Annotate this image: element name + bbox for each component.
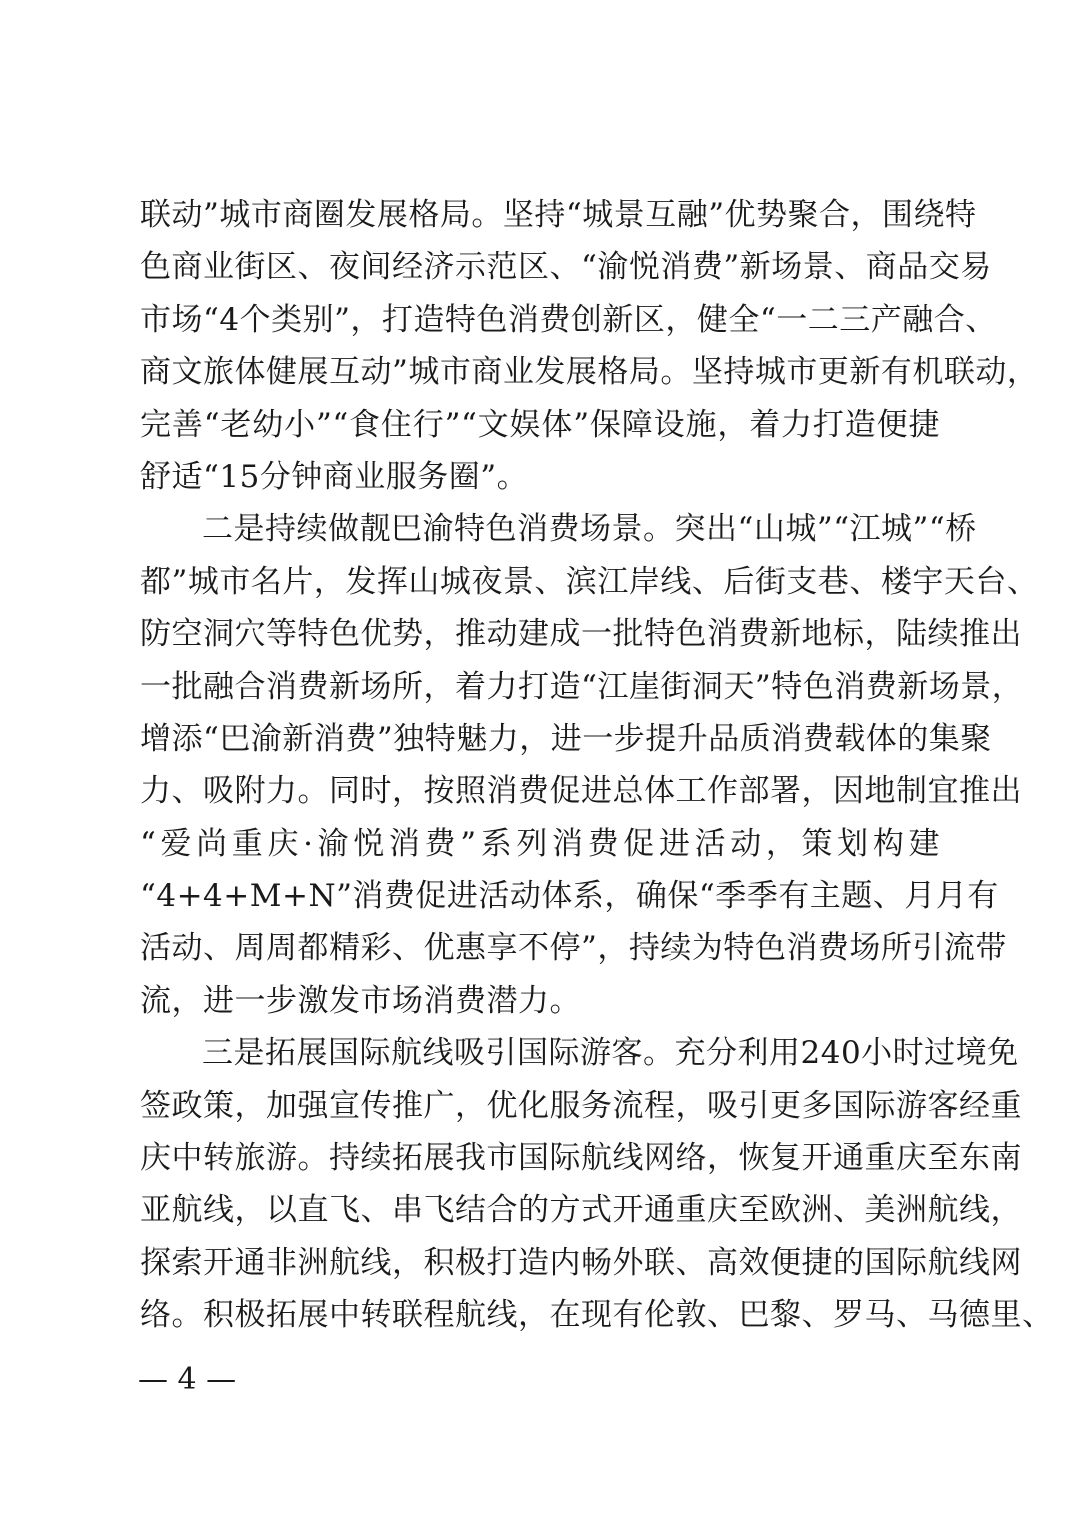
text-line: 力、吸附力。同时，按照消费促进总体工作部署，因地制宜推出 — [140, 765, 940, 817]
text-line: 商文旅体健展互动”城市商业发展格局。坚持城市更新有机联动， — [140, 346, 940, 398]
text-line: “爱尚重庆·渝悦消费”系列消费促进活动，策划构建 — [140, 818, 940, 870]
text-line: “4+4+M+N”消费促进活动体系，确保“季季有主题、月月有 — [140, 870, 940, 922]
paragraph-heading-line: 三是拓展国际航线吸引国际游客。充分利用240小时过境免 — [140, 1027, 940, 1079]
text-line: 色商业街区、夜间经济示范区、“渝悦消费”新场景、商品交易 — [140, 241, 940, 293]
text-line: 络。积极拓展中转联程航线，在现有伦敦、巴黎、罗马、马德里、 — [140, 1289, 940, 1341]
text-line: 活动、周周都精彩、优惠享不停”，持续为特色消费场所引流带 — [140, 922, 940, 974]
text-line: 探索开通非洲航线，积极打造内畅外联、高效便捷的国际航线网 — [140, 1237, 940, 1289]
text-line: 增添“巴渝新消费”独特魅力，进一步提升品质消费载体的集聚 — [140, 713, 940, 765]
text-line: 市场“4个类别”，打造特色消费创新区，健全“一二三产融合、 — [140, 294, 940, 346]
document-page: 联动”城市商圈发展格局。坚持“城景互融”优势聚合，围绕特 色商业街区、夜间经济示… — [0, 0, 1074, 1520]
text-line: 亚航线，以直飞、串飞结合的方式开通重庆至欧洲、美洲航线， — [140, 1184, 940, 1236]
text-line: 庆中转旅游。持续拓展我市国际航线网络，恢复开通重庆至东南 — [140, 1132, 940, 1184]
text-line: 联动”城市商圈发展格局。坚持“城景互融”优势聚合，围绕特 — [140, 189, 940, 241]
page-number: — 4 — — [138, 1362, 236, 1398]
text-line: 都”城市名片，发挥山城夜景、滨江岸线、后街支巷、楼宇天台、 — [140, 556, 940, 608]
body-text: 联动”城市商圈发展格局。坚持“城景互融”优势聚合，围绕特 色商业街区、夜间经济示… — [140, 189, 940, 1342]
paragraph-heading-line: 二是持续做靓巴渝特色消费场景。突出“山城”“江城”“桥 — [140, 503, 940, 555]
text-line: 一批融合消费新场所，着力打造“江崖街洞天”特色消费新场景， — [140, 661, 940, 713]
text-line: 流，进一步激发市场消费潜力。 — [140, 975, 940, 1027]
text-line: 舒适“15分钟商业服务圈”。 — [140, 451, 940, 503]
text-line: 签政策，加强宣传推广，优化服务流程，吸引更多国际游客经重 — [140, 1080, 940, 1132]
text-line: 完善“老幼小”“食住行”“文娱体”保障设施，着力打造便捷 — [140, 399, 940, 451]
text-line: 防空洞穴等特色优势，推动建成一批特色消费新地标，陆续推出 — [140, 608, 940, 660]
